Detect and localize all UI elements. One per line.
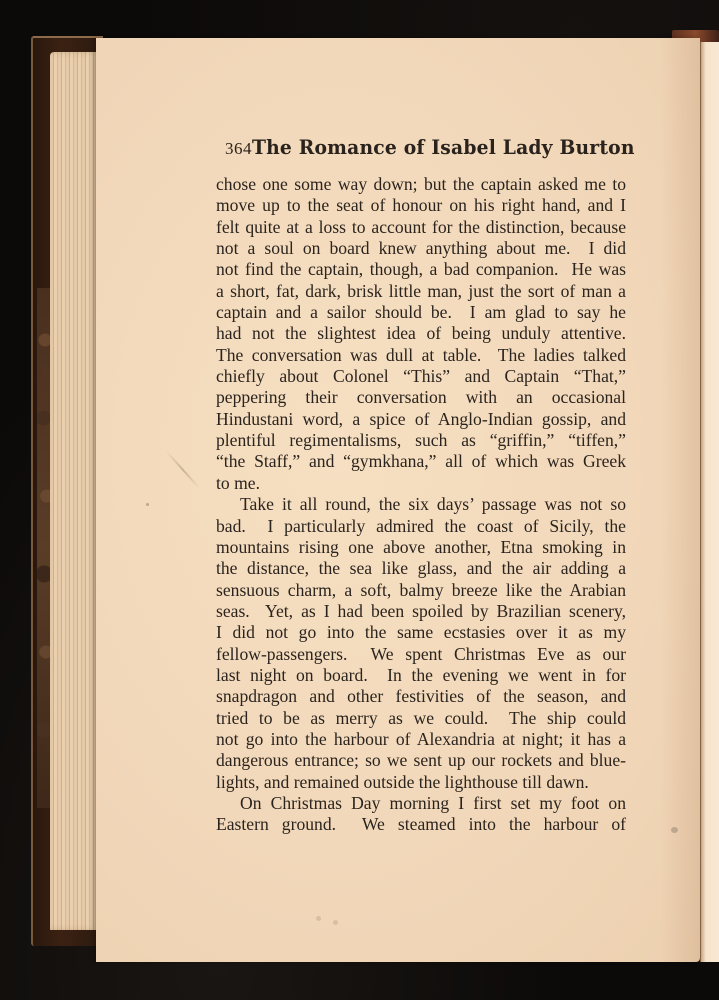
text-line: captain and a sailor should be. I am gla… <box>216 302 626 323</box>
text-line: lights, and remained outside the lightho… <box>216 772 626 793</box>
facing-page-edge <box>700 42 719 962</box>
paper-speck <box>333 920 338 925</box>
text-line: seas. Yet, as I had been spoiled by Braz… <box>216 601 626 622</box>
paragraph-start-line: Take it all round, the six days’ passage… <box>216 494 626 515</box>
text-line: mountains rising one above another, Etna… <box>216 537 626 558</box>
text-line: sensuous charm, a soft, balmy breeze lik… <box>216 580 626 601</box>
text-line: not go into the harbour of Alexandria at… <box>216 729 626 750</box>
text-line: fellow-passengers. We spent Christmas Ev… <box>216 644 626 665</box>
text-line: chose one some way down; but the captain… <box>216 174 626 195</box>
body-text: chose one some way down; but the captain… <box>216 174 626 836</box>
text-line: tried to be as merry as we could. The sh… <box>216 708 626 729</box>
text-line: not find the captain, though, a bad comp… <box>216 259 626 280</box>
page-number: 364 <box>225 139 252 159</box>
text-line: peppering their conversation with an occ… <box>216 387 626 408</box>
running-title: The Romance of Isabel Lady Burton <box>252 136 635 159</box>
text-line: chiefly about Colonel “This” and Captain… <box>216 366 626 387</box>
text-line: to me. <box>216 473 626 494</box>
text-line: bad. I particularly admired the coast of… <box>216 516 626 537</box>
running-head: 364 The Romance of Isabel Lady Burton <box>225 136 595 159</box>
text-line: snapdragon and other festivities of the … <box>216 686 626 707</box>
paper-speck <box>316 916 321 921</box>
text-line: “the Staff,” and “gymkhana,” all of whic… <box>216 451 626 472</box>
text-line: the distance, the sea like glass, and th… <box>216 558 626 579</box>
text-line: a short, fat, dark, brisk little man, ju… <box>216 281 626 302</box>
text-line: not a soul on board knew anything about … <box>216 238 626 259</box>
text-line: plentiful regimentalisms, such as “griff… <box>216 430 626 451</box>
text-line: dangerous entrance; so we sent up our ro… <box>216 750 626 771</box>
text-line: last night on board. In the evening we w… <box>216 665 626 686</box>
paper-speck <box>671 827 678 833</box>
page-block-edges <box>50 52 98 930</box>
text-line: The conversation was dull at table. The … <box>216 345 626 366</box>
text-line: felt quite at a loss to account for the … <box>216 217 626 238</box>
paper-speck <box>146 503 149 506</box>
text-line: I did not go into the same ecstasies ove… <box>216 622 626 643</box>
text-line: Eastern ground. We steamed into the harb… <box>216 814 626 835</box>
paragraph-start-line: On Christmas Day morning I first set my … <box>216 793 626 814</box>
text-line: move up to the seat of honour on his rig… <box>216 195 626 216</box>
text-line: had not the slightest idea of being undu… <box>216 323 626 344</box>
text-line: Hindustani word, a spice of Anglo-Indian… <box>216 409 626 430</box>
